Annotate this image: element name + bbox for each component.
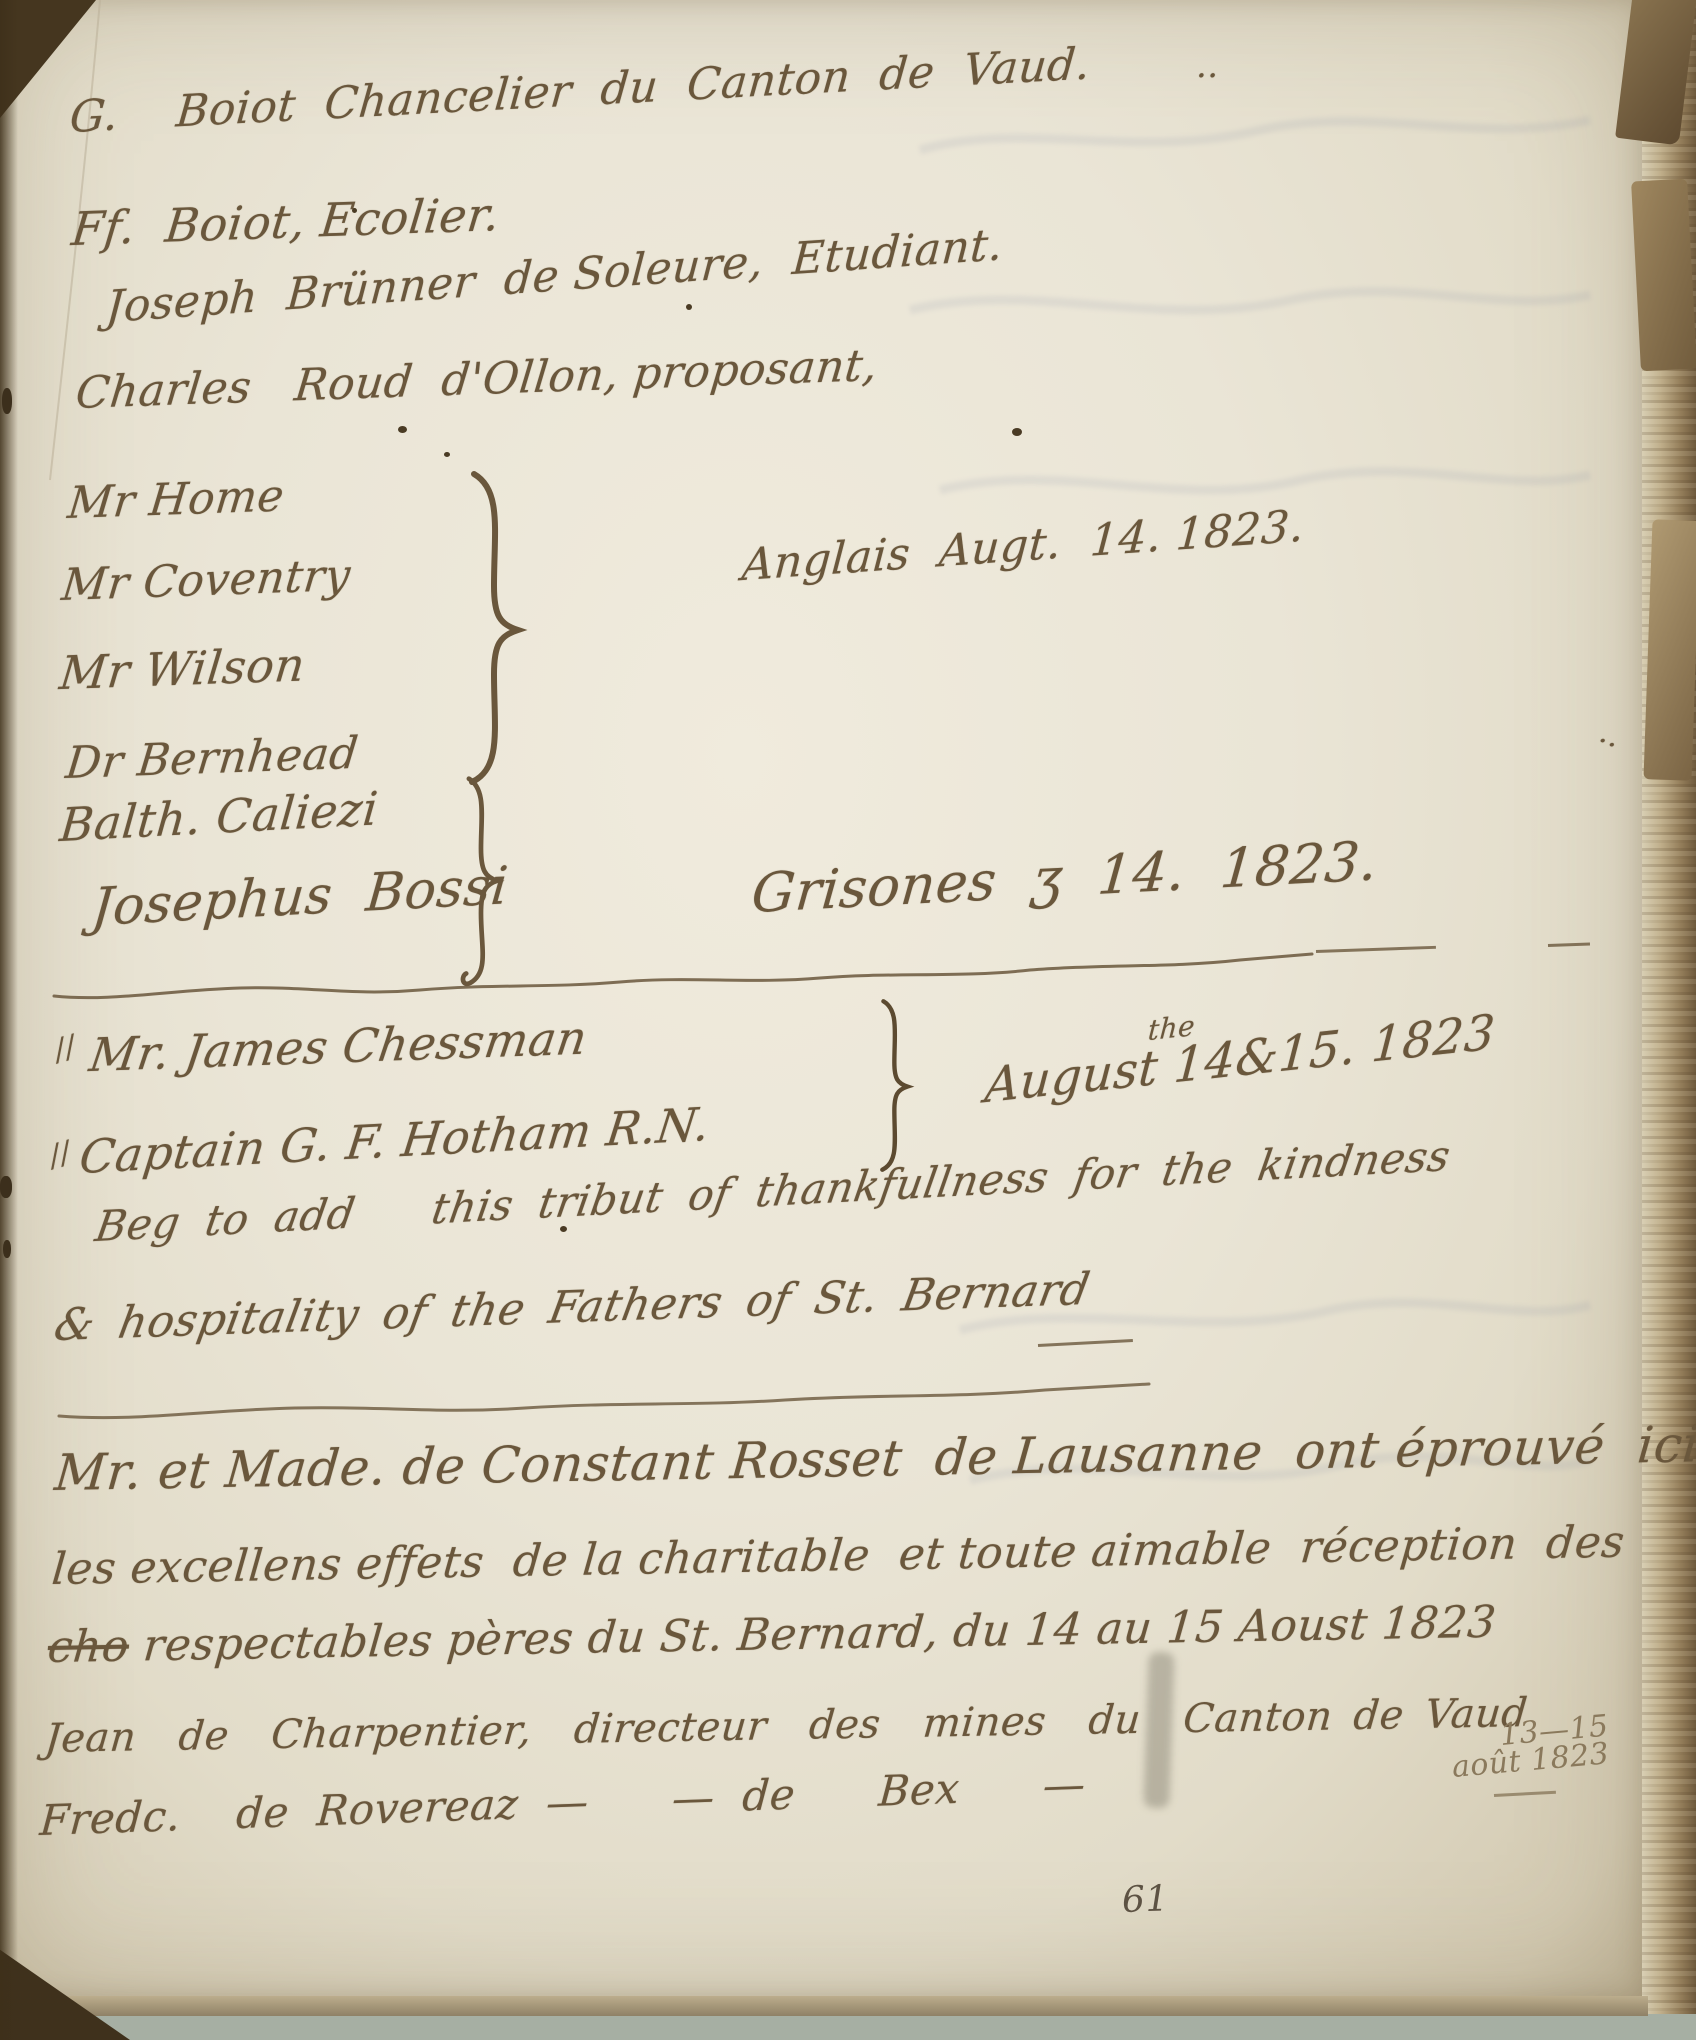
stitch-mark <box>3 1240 11 1258</box>
dots-mark-top: ·· <box>1196 56 1219 96</box>
brace-navy-group <box>866 998 926 1173</box>
ink-speck <box>444 452 450 457</box>
ink-speck <box>1012 428 1022 436</box>
stitch-mark <box>0 1176 12 1198</box>
torn-edge <box>1643 519 1696 781</box>
manuscript-scan: G. Boiot Chancelier du Canton de Vaud. F… <box>0 0 1696 2040</box>
brace-english-group <box>462 468 532 788</box>
ink-speck <box>560 1226 567 1232</box>
bottom-page-edge <box>0 1996 1648 2016</box>
entry-mr-wilson: Mr Wilson <box>57 637 308 700</box>
entry-mr-coventry: Mr Coventry <box>59 550 353 611</box>
entry-dr-bernhead: Dr Bernhead <box>63 728 361 789</box>
ink-speck <box>398 426 407 433</box>
torn-edge <box>1631 179 1696 372</box>
ink-speck <box>352 208 357 213</box>
ink-speck <box>686 304 692 310</box>
page-number: 61 <box>1121 1878 1169 1921</box>
divider-wave <box>50 938 1320 1008</box>
ink-smudge <box>1143 1652 1174 1809</box>
stitch-mark <box>2 388 12 414</box>
struck-word: cho <box>46 1621 131 1673</box>
entry-mr-home: Mr Home <box>65 470 286 529</box>
binding-spine <box>0 0 18 2040</box>
divider-wave <box>55 1372 1155 1422</box>
